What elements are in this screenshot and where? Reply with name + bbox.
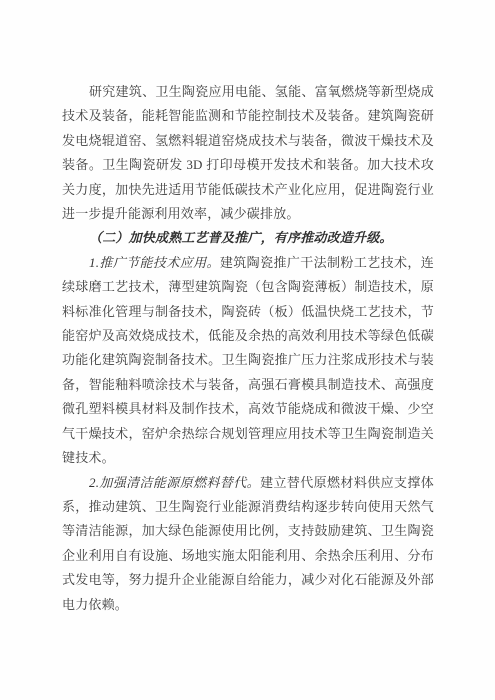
- item-1-body: 建筑陶瓷推广干法制粉工艺技术，连续球磨工艺技术，薄型建筑陶瓷（包含陶瓷薄板）制造…: [62, 255, 434, 465]
- paragraph-clean-energy-substitution: 2.加强清洁能源原燃料替代。建立替代原燃材料供应支撑体系，推动建筑、卫生陶瓷行业…: [62, 471, 434, 617]
- item-2-lead: 2.加强清洁能源原燃料替代。: [89, 475, 260, 490]
- document-text-block: 研究建筑、卫生陶瓷应用电能、氢能、富氧燃烧等新型烧成技术及装备，能耗智能监测和节…: [62, 80, 434, 617]
- paragraph-energy-saving-tech: 1.推广节能技术应用。建筑陶瓷推广干法制粉工艺技术，连续球磨工艺技术，薄型建筑陶…: [62, 251, 434, 471]
- item-1-lead: 1.推广节能技术应用。: [89, 255, 220, 270]
- document-page: 研究建筑、卫生陶瓷应用电能、氢能、富氧燃烧等新型烧成技术及装备，能耗智能监测和节…: [0, 0, 495, 700]
- section-heading-two: （二）加快成熟工艺普及推广，有序推动改造升级。: [62, 226, 434, 250]
- item-2-body: 建立替代原燃材料供应支撑体系，推动建筑、卫生陶瓷行业能源消费结构逐步转向使用天然…: [62, 475, 434, 612]
- paragraph-research-firing-tech: 研究建筑、卫生陶瓷应用电能、氢能、富氧燃烧等新型烧成技术及装备，能耗智能监测和节…: [62, 80, 434, 226]
